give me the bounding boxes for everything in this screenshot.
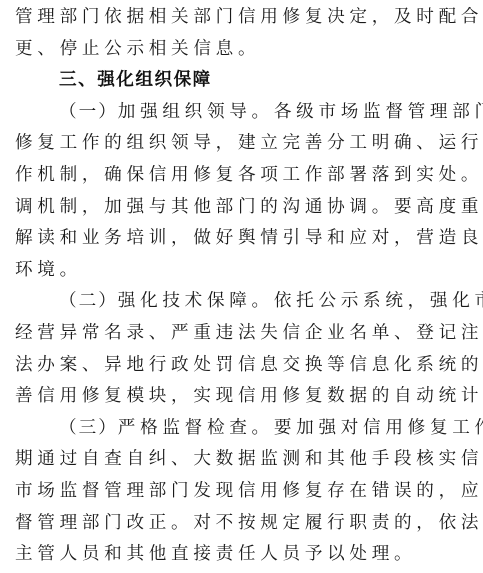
text-line: 修复工作的组织领导，建立完善分工明确、运行顺畅的信用修复工 xyxy=(15,128,467,160)
text-line: 经营异常名录、严重违法失信企业名单、登记注册、行政审批、执 xyxy=(15,318,467,350)
text-line: 法办案、异地行政处罚信息交换等信息化系统的互联互通。开发完 xyxy=(15,350,467,382)
paragraph-3: （三）严格监督检查。要加强对信用修复工作的监督检查，定 期通过自查自纠、大数据监… xyxy=(15,413,467,571)
text-line: 作机制，确保信用修复各项工作部署落到实处。要建立健全工作协 xyxy=(15,160,467,192)
paragraph-first-line: （一）加强组织领导。各级市场监督管理部门要切实加强信用 xyxy=(15,97,467,129)
text-line: 督管理部门改正。对不按规定履行职责的，依法依规对负有责任的 xyxy=(15,508,467,540)
paragraph-label: （一） xyxy=(59,102,118,122)
paragraph-2: （二）强化技术保障。依托公示系统，强化市场监督管理部门 经营异常名录、严重违法失… xyxy=(15,286,467,412)
text-line: 主管人员和其他直接责任人员予以处理。 xyxy=(15,539,467,571)
paragraph-1: （一）加强组织领导。各级市场监督管理部门要切实加强信用 修复工作的组织领导，建立… xyxy=(15,97,467,287)
paragraph-first-line: （二）强化技术保障。依托公示系统，强化市场监督管理部门 xyxy=(15,286,467,318)
text-line: 管理部门依据相关部门信用修复决定，及时配合在公示系统中变 xyxy=(15,2,467,34)
paragraph-label: （三） xyxy=(59,418,118,438)
text-line: 环境。 xyxy=(15,255,467,287)
text-line: 更、停止公示相关信息。 xyxy=(15,34,467,66)
text-line: 解读和业务培训，做好舆情引导和应对，营造良好社会氛围和舆论 xyxy=(15,223,467,255)
text-line: 加强组织领导。各级市场监督管理部门要切实加强信用 xyxy=(118,102,483,122)
section-heading: 三、强化组织保障 xyxy=(15,65,467,97)
paragraph-first-line: （三）严格监督检查。要加强对信用修复工作的监督检查，定 xyxy=(15,413,467,445)
paragraph-label: （二） xyxy=(59,291,118,311)
text-line: 善信用修复模块，实现信用修复数据的自动统计分析等功能。 xyxy=(15,381,467,413)
text-line: 期通过自查自纠、大数据监测和其他手段核实信用修复数据。上级 xyxy=(15,444,467,476)
text-line: 市场监督管理部门发现信用修复存在错误的，应当责令下级市场监 xyxy=(15,476,467,508)
text-line: 严格监督检查。要加强对信用修复工作的监督检查，定 xyxy=(118,418,483,438)
text-line: 强化技术保障。依托公示系统，强化市场监督管理部门 xyxy=(118,291,483,311)
document-page: 管理部门依据相关部门信用修复决定，及时配合在公示系统中变 更、停止公示相关信息。… xyxy=(15,2,467,571)
text-line: 调机制，加强与其他部门的沟通协调。要高度重视信用修复的宣传 xyxy=(15,192,467,224)
